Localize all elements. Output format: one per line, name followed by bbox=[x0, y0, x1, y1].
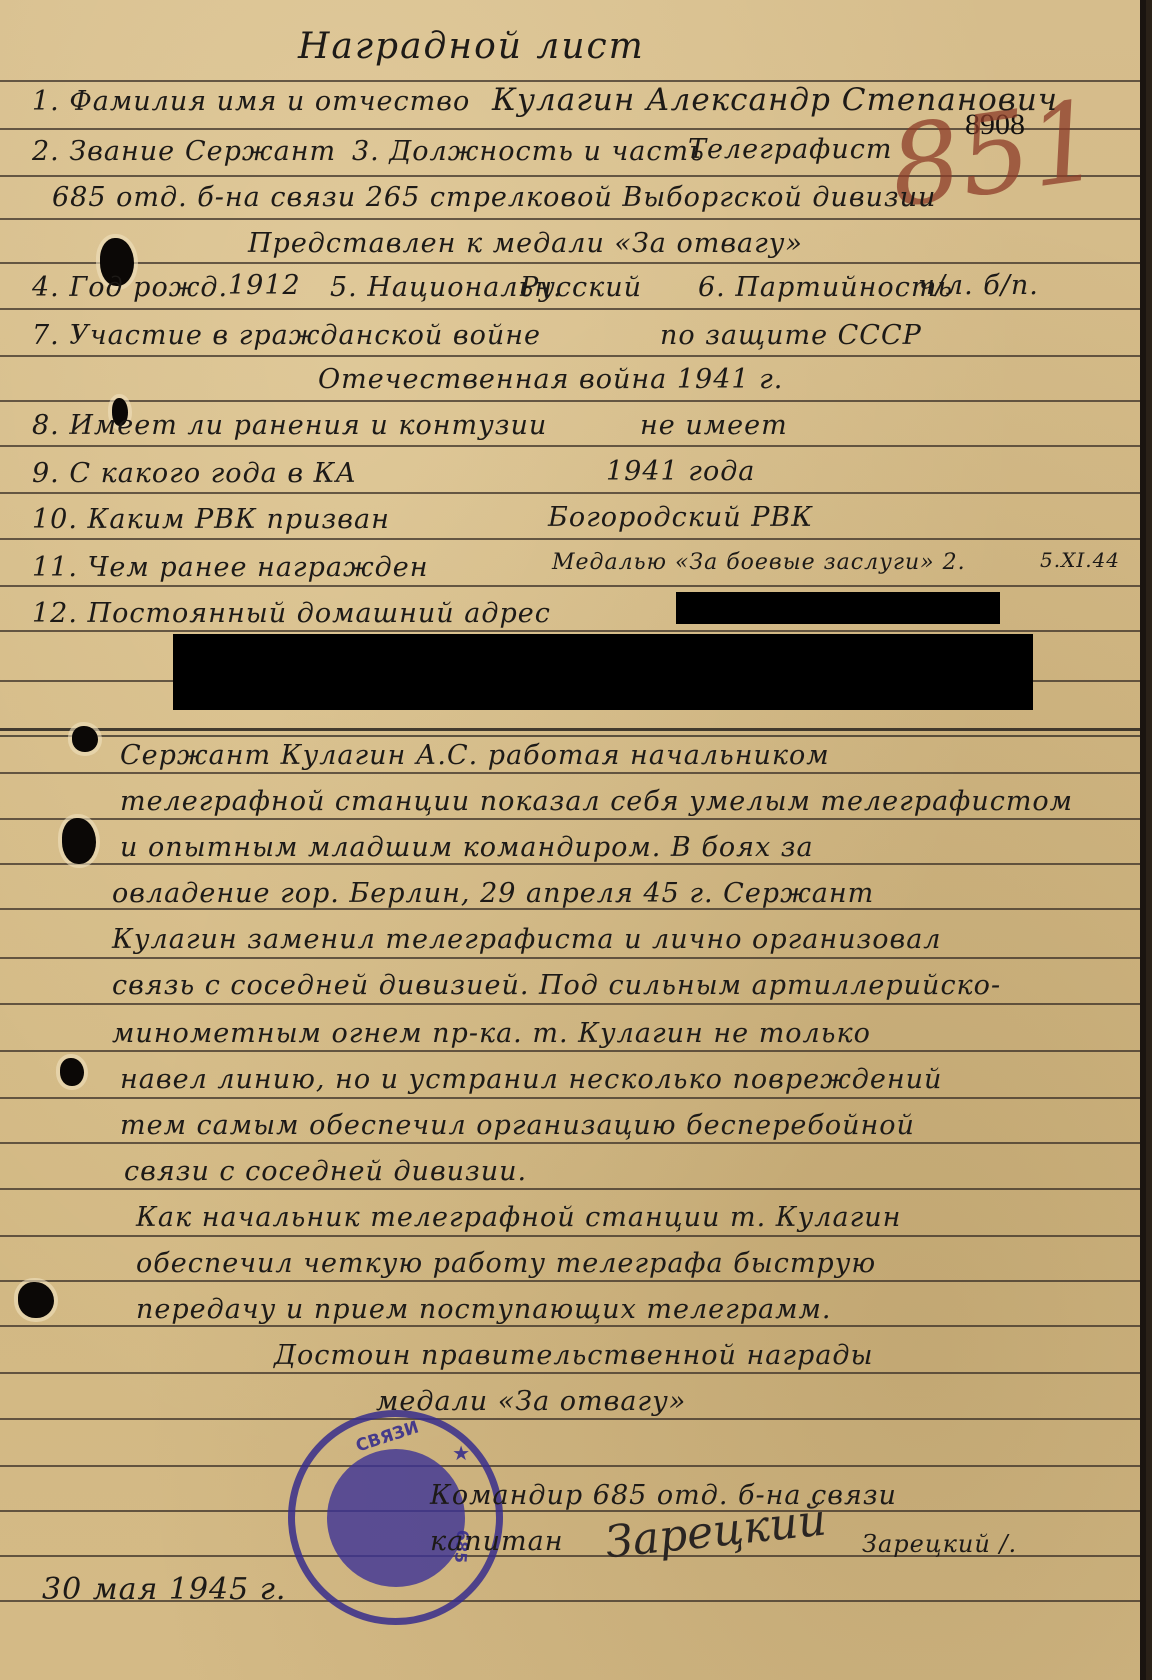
field-6-label: 6. Партийность bbox=[698, 272, 953, 303]
ruled-line bbox=[0, 1188, 1146, 1190]
ruled-line bbox=[0, 1418, 1146, 1420]
narrative-line: Кулагин заменил телеграфиста и лично орг… bbox=[112, 924, 942, 955]
field-11-date: 5.XI.44 bbox=[1040, 548, 1120, 572]
ruled-line bbox=[0, 957, 1146, 959]
redaction-bar bbox=[676, 592, 1000, 624]
signature-name: Зарецкий /. bbox=[862, 1530, 1017, 1558]
narrative-line: минометным огнем пр-ка. т. Кулагин не то… bbox=[112, 1018, 871, 1049]
separator-line bbox=[0, 728, 1146, 731]
conclusion-line-1: Достоин правительственной награды bbox=[274, 1340, 874, 1371]
narrative-line: связь с соседней дивизией. Под сильным а… bbox=[112, 970, 1001, 1001]
ruled-line bbox=[0, 863, 1146, 865]
document-title: Наградной лист bbox=[298, 26, 645, 67]
field-1-value: Кулагин Александр Степанович bbox=[492, 82, 1058, 118]
narrative-line: и опытным младшим командиром. В боях за bbox=[120, 832, 814, 863]
ruled-line bbox=[0, 818, 1146, 820]
field-12-label: 12. Постоянный домашний адрес bbox=[32, 598, 551, 629]
field-4-value: 1912 bbox=[228, 270, 301, 301]
award-sheet: Наградной лист 8908 851 1. Фамилия имя и… bbox=[0, 0, 1146, 1680]
ruled-line bbox=[0, 538, 1146, 540]
ruled-line bbox=[0, 772, 1146, 774]
narrative-line: Сержант Кулагин А.С. работая начальником bbox=[120, 740, 830, 771]
ruled-line bbox=[0, 1465, 1146, 1467]
ruled-line bbox=[0, 1050, 1146, 1052]
field-7-value-2: Отечественная война 1941 г. bbox=[318, 364, 783, 395]
field-6-value: ч/л. б/п. bbox=[918, 270, 1039, 301]
field-4-label: 4. Год рожд. bbox=[32, 272, 228, 303]
narrative-line: передачу и прием поступающих телеграмм. bbox=[136, 1294, 832, 1325]
ruled-line bbox=[0, 445, 1146, 447]
conclusion-line-2: медали «За отвагу» bbox=[376, 1386, 686, 1417]
ruled-line bbox=[0, 492, 1146, 494]
punch-hole bbox=[18, 1282, 54, 1318]
punch-hole bbox=[62, 818, 96, 864]
narrative-line: навел линию, но и устранил несколько пов… bbox=[120, 1064, 942, 1095]
paper-edge bbox=[1140, 0, 1146, 1680]
narrative-line: телеграфной станции показал себя умелым … bbox=[120, 786, 1073, 817]
ruled-line bbox=[0, 308, 1146, 310]
nomination-line: Представлен к медали «За отвагу» bbox=[248, 228, 803, 259]
star-icon: ★ bbox=[452, 1441, 470, 1465]
official-seal: СВЯЗИ ★ 685 bbox=[288, 1410, 503, 1625]
document-date: 30 мая 1945 г. bbox=[42, 1572, 286, 1607]
field-11-label: 11. Чем ранее награжден bbox=[32, 552, 429, 583]
redaction-bar bbox=[173, 634, 1033, 710]
field-5-value: Русский bbox=[520, 272, 642, 303]
ruled-line bbox=[0, 355, 1146, 357]
field-3-label: 3. Должность и часть bbox=[352, 136, 705, 167]
ruled-line bbox=[0, 1003, 1146, 1005]
field-7-value: по защите СССР bbox=[660, 320, 922, 351]
punch-hole bbox=[72, 726, 98, 752]
ruled-line bbox=[0, 1142, 1146, 1144]
field-7-label: 7. Участие в гражданской войне bbox=[32, 320, 541, 351]
field-2-label: 2. Звание bbox=[32, 136, 175, 167]
ruled-line bbox=[0, 1325, 1146, 1327]
field-9-value: 1941 года bbox=[606, 456, 755, 487]
unit-line: 685 отд. б-на связи 265 стрелковой Выбор… bbox=[52, 182, 936, 213]
field-2-value: Сержант bbox=[185, 136, 336, 167]
ruled-line bbox=[0, 1280, 1146, 1282]
field-11-value: Медалью «За боевые заслуги» 2. bbox=[552, 550, 966, 575]
field-10-value: Богородский РВК bbox=[548, 502, 813, 533]
field-9-label: 9. С какого года в КА bbox=[32, 458, 357, 489]
narrative-line: тем самым обеспечил организацию беспереб… bbox=[120, 1110, 915, 1141]
ruled-line bbox=[0, 1235, 1146, 1237]
field-10-label: 10. Каким РВК призван bbox=[32, 504, 390, 535]
narrative-line: Как начальник телеграфной станции т. Кул… bbox=[136, 1202, 901, 1233]
ruled-line bbox=[0, 262, 1146, 264]
seal-emblem bbox=[327, 1449, 465, 1587]
field-1-label: 1. Фамилия имя и отчество bbox=[32, 86, 470, 117]
ruled-line bbox=[0, 400, 1146, 402]
ruled-line bbox=[0, 585, 1146, 587]
field-8-label: 8. Имеет ли ранения и контузии bbox=[32, 410, 547, 441]
punch-hole bbox=[60, 1058, 84, 1086]
field-3-value: Телеграфист bbox=[688, 134, 892, 165]
separator-line bbox=[0, 735, 1146, 737]
ruled-line bbox=[0, 1372, 1146, 1374]
ruled-line bbox=[0, 1097, 1146, 1099]
narrative-line: овладение гор. Берлин, 29 апреля 45 г. С… bbox=[112, 878, 874, 909]
ruled-line bbox=[0, 630, 1146, 632]
narrative-line: обеспечил четкую работу телеграфа быстру… bbox=[136, 1248, 876, 1279]
field-8-value: не имеет bbox=[640, 410, 788, 441]
signature-rank: капитан bbox=[430, 1526, 563, 1557]
signature-role: Командир 685 отд. б-на связи bbox=[430, 1480, 897, 1511]
narrative-line: связи с соседней дивизии. bbox=[124, 1156, 527, 1187]
